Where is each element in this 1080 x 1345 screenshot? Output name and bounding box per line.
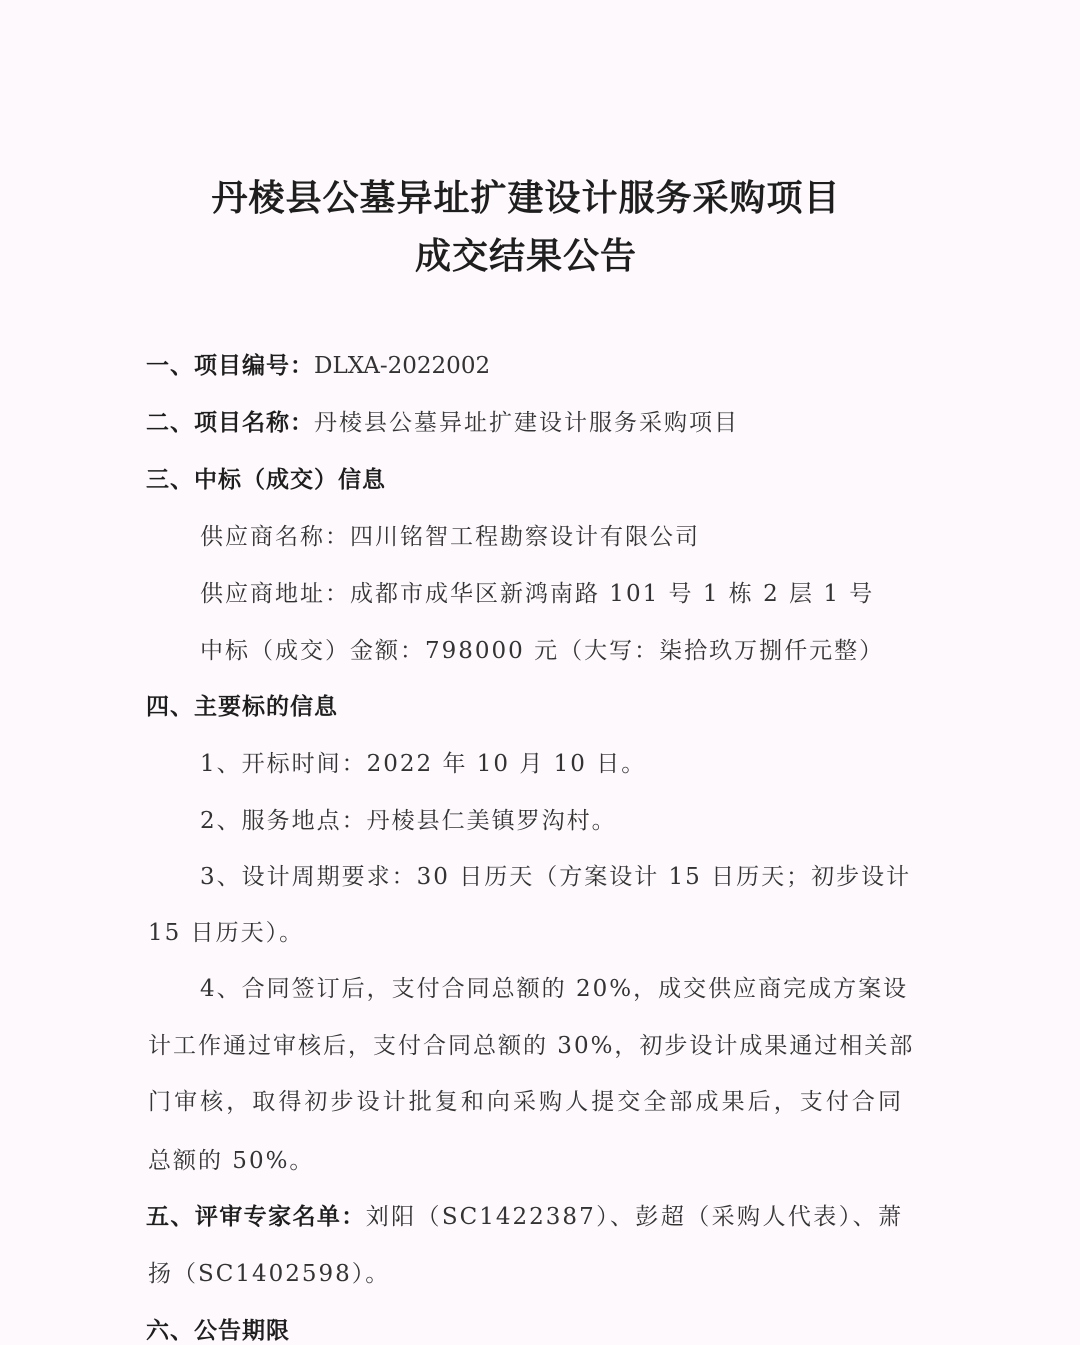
service-location: 2、服务地点：丹棱县仁美镇罗沟村。 (200, 802, 617, 835)
bid-opening-time: 1、开标时间：2022 年 10 月 10 日。 (200, 745, 646, 778)
payment-terms-line4: 总额的 50%。 (148, 1142, 314, 1175)
payment-terms-line2: 计工作通过审核后，支付合同总额的 30%，初步设计成果通过相关部 (148, 1027, 903, 1060)
section-heading: 一、项目编号： (146, 353, 314, 379)
project-number-value: DLXA-2022002 (314, 353, 490, 379)
expert-list-line2: 扬（SC1402598）。 (148, 1255, 390, 1288)
award-amount: 中标（成交）金额：798000 元（大写：柒拾玖万捌仟元整） (200, 632, 884, 665)
project-name-value: 丹棱县公墓异址扩建设计服务采购项目 (314, 410, 739, 436)
section-award-info-heading: 三、中标（成交）信息 (146, 461, 386, 494)
payment-terms-line3: 门审核，取得初步设计批复和向采购人提交全部成果后，支付合同 (148, 1083, 903, 1116)
section-project-name: 二、项目名称：丹棱县公墓异址扩建设计服务采购项目 (146, 404, 739, 437)
supplier-name: 供应商名称：四川铭智工程勘察设计有限公司 (200, 518, 700, 551)
section-project-number: 一、项目编号：DLXA-2022002 (146, 347, 490, 380)
payment-terms-line1: 4、合同签订后，支付合同总额的 20%，成交供应商完成方案设 (200, 970, 903, 1003)
section-main-subject-heading: 四、主要标的信息 (146, 688, 338, 721)
design-period-line2: 15 日历天）。 (148, 914, 304, 947)
section-announcement-period-heading: 六、公告期限 (146, 1312, 290, 1345)
document-title-line2: 成交结果公告 (0, 228, 1066, 279)
section-heading: 五、评审专家名单： (146, 1204, 366, 1230)
section-heading: 二、项目名称： (146, 410, 314, 436)
section-expert-list: 五、评审专家名单：刘阳（SC1422387）、彭超（采购人代表）、萧 (146, 1198, 903, 1231)
design-period-line1: 3、设计周期要求：30 日历天（方案设计 15 日历天；初步设计 (200, 858, 900, 891)
document-title-line1: 丹棱县公墓异址扩建设计服务采购项目 (0, 170, 1066, 221)
expert-list-value: 刘阳（SC1422387）、彭超（采购人代表）、萧 (366, 1204, 903, 1230)
supplier-address: 供应商地址：成都市成华区新鸿南路 101 号 1 栋 2 层 1 号 (200, 575, 874, 608)
